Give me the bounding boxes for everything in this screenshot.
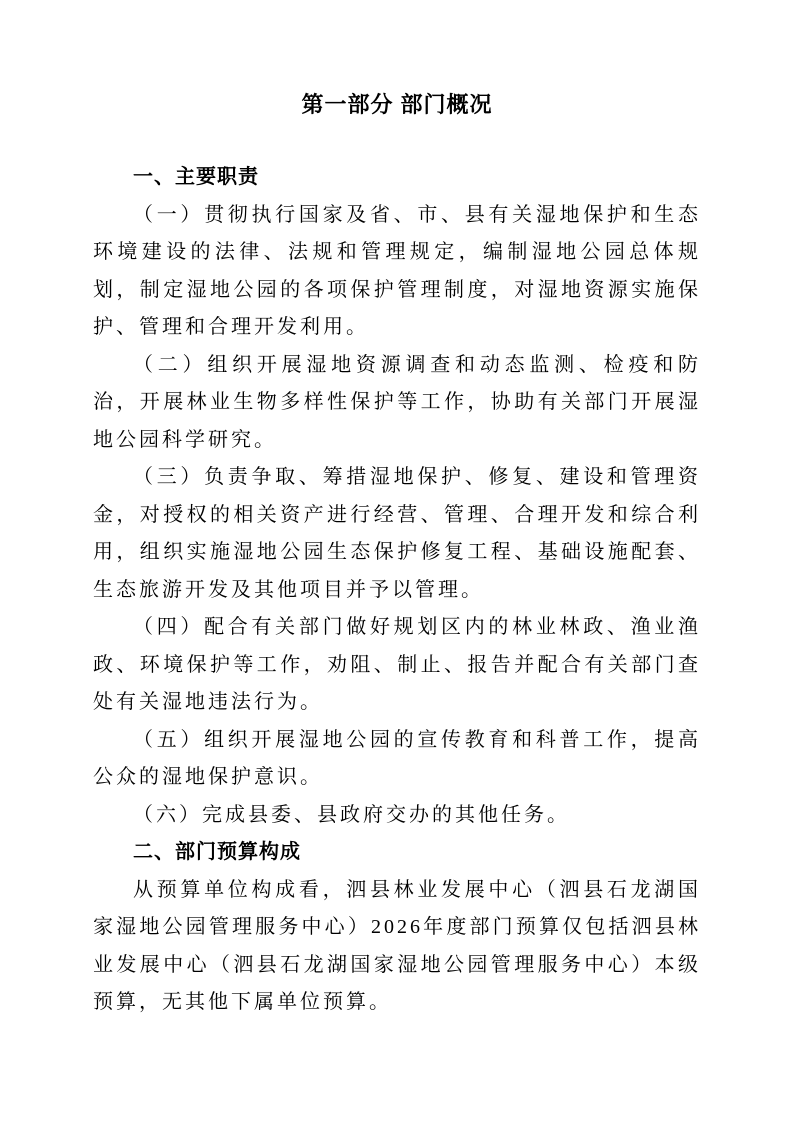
duty-paragraph-6: （六）完成县委、县政府交办的其他任务。 (93, 797, 701, 835)
duty-paragraph-3: （三）负责争取、筹措湿地保护、修复、建设和管理资金，对授权的相关资产进行经营、管… (93, 459, 701, 609)
budget-composition-paragraph: 从预算单位构成看，泗县林业发展中心（泗县石龙湖国家湿地公园管理服务中心）2026… (93, 872, 701, 1022)
page-title: 第一部分 部门概况 (93, 92, 701, 118)
section-heading-main-duties: 一、主要职责 (93, 159, 701, 197)
duty-paragraph-4: （四）配合有关部门做好规划区内的林业林政、渔业渔政、环境保护等工作，劝阻、制止、… (93, 609, 701, 722)
duty-paragraph-5: （五）组织开展湿地公园的宣传教育和科普工作，提高公众的湿地保护意识。 (93, 722, 701, 797)
section-budget-composition: 二、部门预算构成 从预算单位构成看，泗县林业发展中心（泗县石龙湖国家湿地公园管理… (93, 834, 701, 1022)
duty-paragraph-1: （一）贯彻执行国家及省、市、县有关湿地保护和生态环境建设的法律、法规和管理规定，… (93, 197, 701, 347)
duty-paragraph-2: （二）组织开展湿地资源调查和动态监测、检疫和防治，开展林业生物多样性保护等工作，… (93, 347, 701, 460)
section-main-duties: 一、主要职责 （一）贯彻执行国家及省、市、县有关湿地保护和生态环境建设的法律、法… (93, 159, 701, 834)
section-heading-budget-composition: 二、部门预算构成 (93, 834, 701, 872)
document-page: 第一部分 部门概况 一、主要职责 （一）贯彻执行国家及省、市、县有关湿地保护和生… (0, 0, 793, 1122)
